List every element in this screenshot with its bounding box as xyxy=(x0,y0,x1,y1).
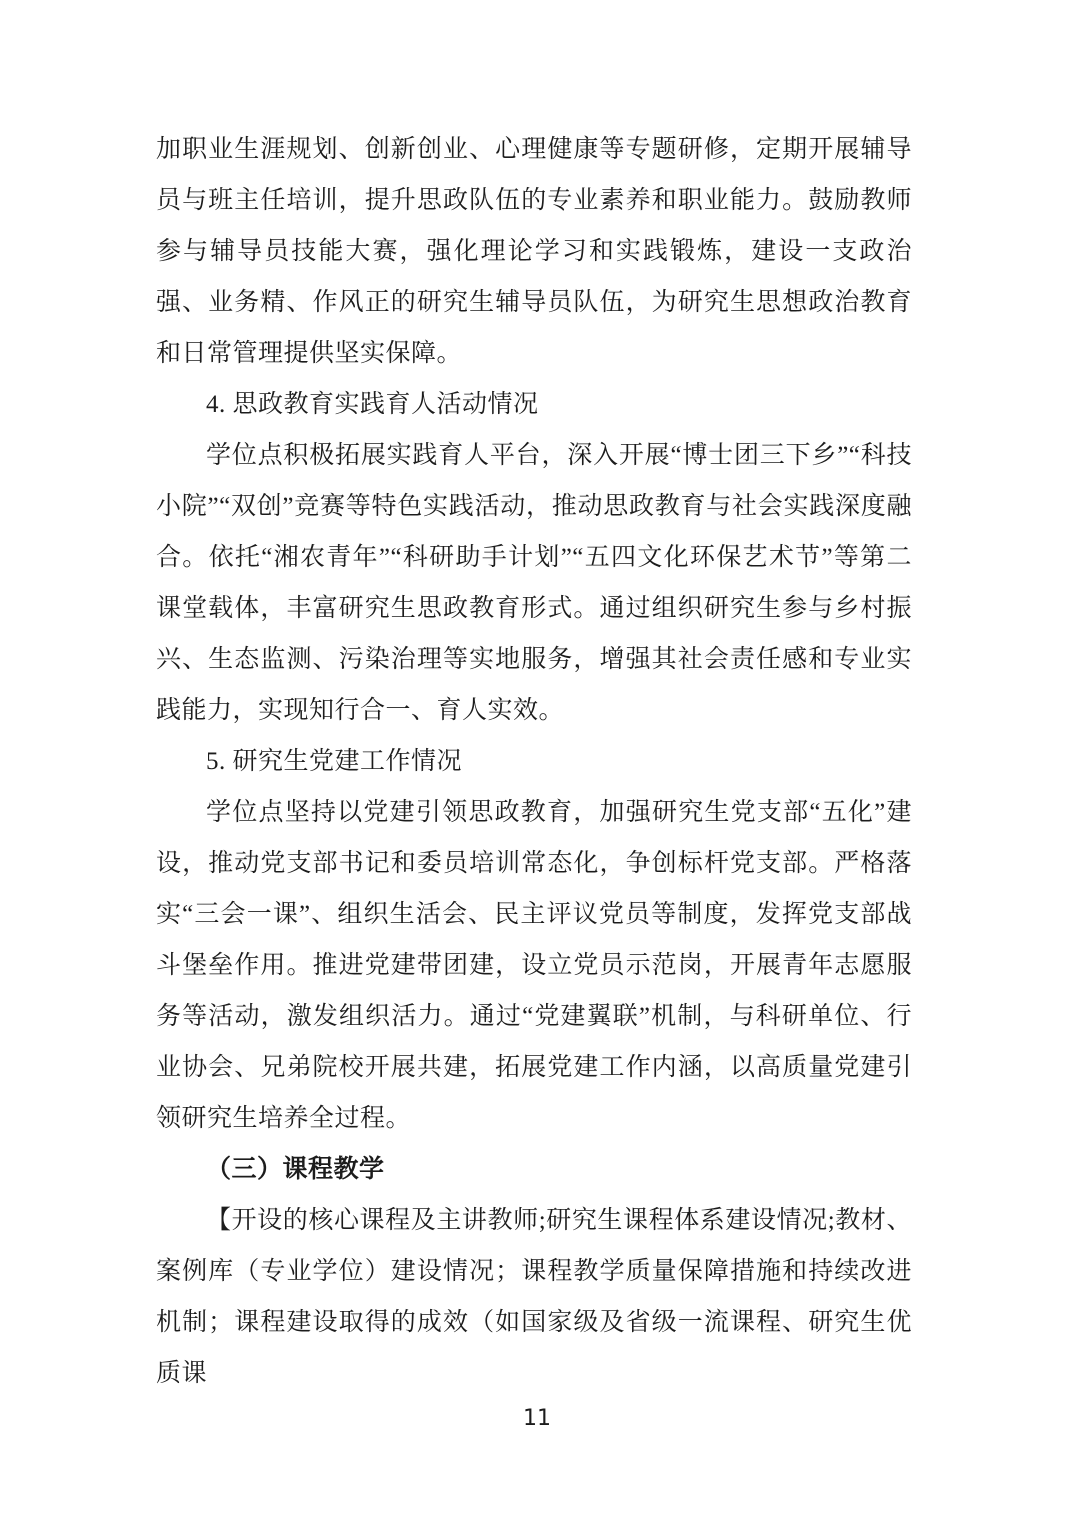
paragraph-counselor-team-continuation: 加职业生涯规划、创新创业、心理健康等专题研修，定期开展辅导员与班主任培训，提升思… xyxy=(156,124,912,379)
page-number: 11 xyxy=(0,1406,1074,1431)
document-page: 加职业生涯规划、创新创业、心理健康等专题研修，定期开展辅导员与班主任培训，提升思… xyxy=(0,0,1074,1520)
paragraph-course-teaching-brackets: 【开设的核心课程及主讲教师;研究生课程体系建设情况;教材、案例库（专业学位）建设… xyxy=(156,1195,912,1399)
numbered-heading-5-party-building: 5. 研究生党建工作情况 xyxy=(156,736,912,787)
document-body: 加职业生涯规划、创新创业、心理健康等专题研修，定期开展辅导员与班主任培训，提升思… xyxy=(156,124,912,1399)
numbered-heading-4-practice-education: 4. 思政教育实践育人活动情况 xyxy=(156,379,912,430)
paragraph-party-building: 学位点坚持以党建引领思政教育，加强研究生党支部“五化”建设，推动党支部书记和委员… xyxy=(156,787,912,1144)
paragraph-practice-education: 学位点积极拓展实践育人平台，深入开展“博士团三下乡”“科技小院”“双创”竞赛等特… xyxy=(156,430,912,736)
section-heading-course-teaching: （三）课程教学 xyxy=(156,1144,912,1195)
